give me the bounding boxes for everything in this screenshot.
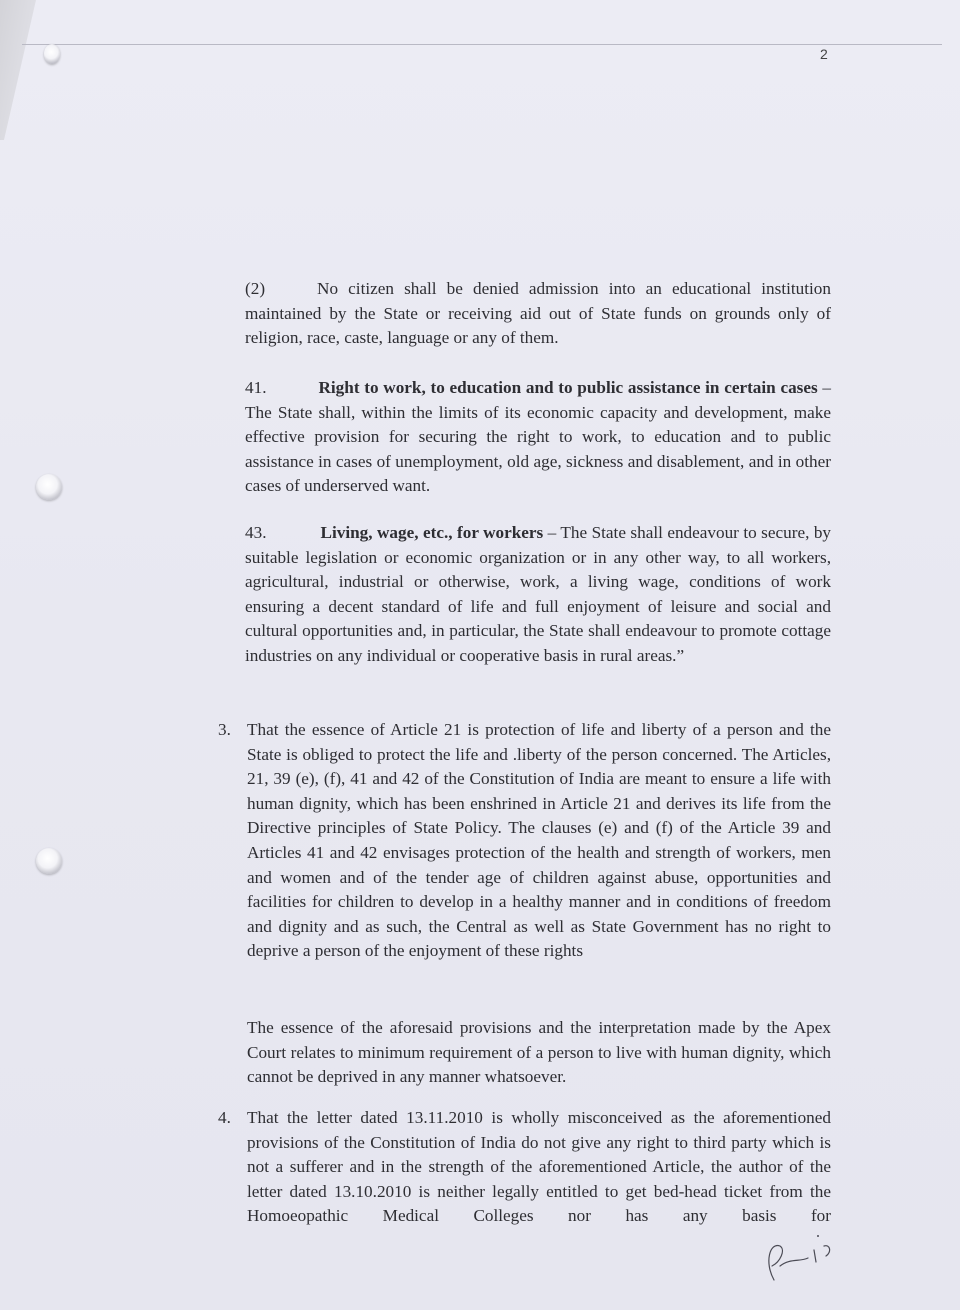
signature-icon <box>760 1232 860 1292</box>
article-41-heading: Right to work, to education and to publi… <box>318 378 817 397</box>
paragraph-4-number: 4. <box>218 1106 231 1131</box>
paragraph-3-continuation: The essence of the aforesaid provisions … <box>247 1016 831 1090</box>
page-edge-shadow <box>0 0 36 140</box>
paragraph-4: That the letter dated 13.11.2010 is whol… <box>247 1106 831 1229</box>
scanned-page: 2 (2)No citizen shall be denied admissio… <box>0 0 960 1310</box>
article-43-text: – The State shall endeavour to secure, b… <box>245 523 831 665</box>
punch-hole-top-icon <box>44 44 60 64</box>
clause-2-text: No citizen shall be denied admission int… <box>245 279 831 347</box>
article-43: 43.Living, wage, etc., for workers – The… <box>245 521 831 669</box>
paragraph-3-continuation-text: The essence of the aforesaid provisions … <box>247 1016 831 1090</box>
article-43-heading: Living, wage, etc., for workers <box>320 523 543 542</box>
article-41: 41.Right to work, to education and to pu… <box>245 376 831 499</box>
paragraph-3-text: That the essence of Article 21 is protec… <box>247 718 831 964</box>
header-rule <box>22 44 942 45</box>
paragraph-3: That the essence of Article 21 is protec… <box>247 718 831 964</box>
paragraph-3-number: 3. <box>218 718 231 743</box>
clause-2-label: (2) <box>245 279 265 298</box>
article-43-number: 43. <box>245 523 266 542</box>
punch-hole-middle-icon <box>36 474 62 500</box>
clause-2: (2)No citizen shall be denied admission … <box>245 277 831 351</box>
paragraph-4-text: That the letter dated 13.11.2010 is whol… <box>247 1106 831 1229</box>
article-41-number: 41. <box>245 378 266 397</box>
punch-hole-bottom-icon <box>36 848 62 874</box>
page-number: 2 <box>820 46 828 62</box>
